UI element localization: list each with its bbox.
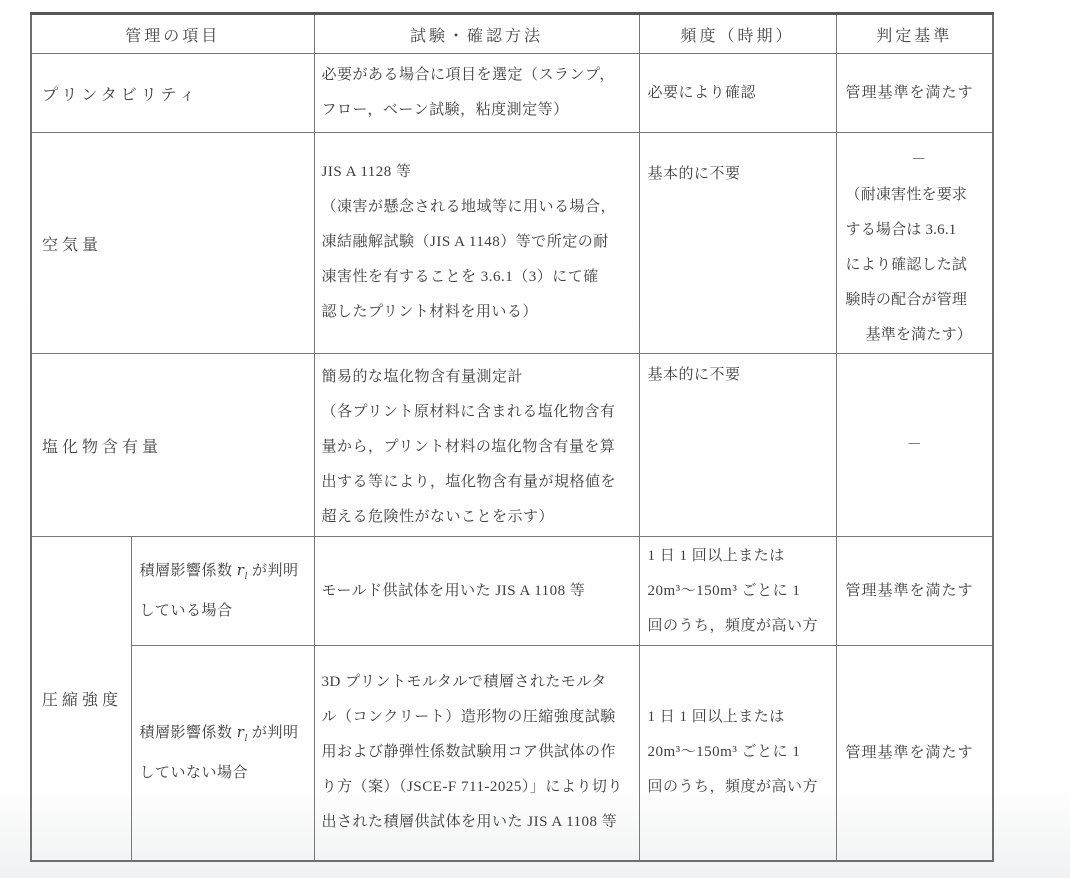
criteria-note: （耐凍害性を要求 xyxy=(846,178,993,213)
symbol-subscript: l xyxy=(244,571,247,582)
item-label: 空気量 xyxy=(31,133,314,354)
frequency-text: 基本的に不要 xyxy=(648,358,836,393)
table-row-compressive-known: 圧縮強度 積層影響係数 rl が判明 している場合 モールド供試体を用いた JI… xyxy=(31,537,993,646)
case-text: していない場合 xyxy=(140,756,314,791)
case-text: している場合 xyxy=(140,594,314,629)
frequency-cell: 1 日 1 回以上または 20m³～150m³ ごとに 1 回のうち，頻度が高い… xyxy=(639,646,836,861)
method-cell: モールド供試体を用いた JIS A 1108 等 xyxy=(314,537,639,646)
dash-placeholder: － xyxy=(846,143,993,178)
case-cell: 積層影響係数 rl が判明 している場合 xyxy=(131,537,314,646)
header-criteria: 判定基準 xyxy=(836,14,993,54)
method-text: 凍害性を有することを 3.6.1（3）にて確 xyxy=(322,260,637,295)
frequency-text: 基本的に不要 xyxy=(648,157,836,192)
table-row-chloride: 塩化物含有量 簡易的な塩化物含有量測定計 （各プリント原材料に含まれる塩化物含有… xyxy=(31,354,993,537)
case-text: 積層影響係数 rl が判明 xyxy=(140,553,314,594)
method-cell: 簡易的な塩化物含有量測定計 （各プリント原材料に含まれる塩化物含有 量から，プリ… xyxy=(314,354,639,537)
method-text: 超える危険性がないことを示す） xyxy=(322,500,637,535)
item-label: プリンタビリティ xyxy=(31,54,314,133)
table-row-printability: プリンタビリティ 必要がある場合に項目を選定（スランプ， フロー，ベーン試験，粘… xyxy=(31,54,993,133)
frequency-cell: 1 日 1 回以上または 20m³～150m³ ごとに 1 回のうち，頻度が高い… xyxy=(639,537,836,646)
method-text: り方（案）（JSCE-F 711-2025）」により切り xyxy=(322,770,637,805)
frequency-text: 1 日 1 回以上または xyxy=(648,539,836,574)
frequency-text: 回のうち，頻度が高い方 xyxy=(648,609,836,644)
criteria-cell: － （耐凍害性を要求 する場合は 3.6.1 により確認した試 験時の配合が管理… xyxy=(836,133,993,354)
criteria-cell: 管理基準を満たす xyxy=(836,537,993,646)
method-text: 用および静弾性係数試験用コア供試体の作 xyxy=(322,735,637,770)
table-row-air-content: 空気量 JIS A 1128 等 （凍害が懸念される地域等に用いる場合， 凍結融… xyxy=(31,133,993,354)
case-cell: 積層影響係数 rl が判明 していない場合 xyxy=(131,646,314,861)
header-frequency: 頻度（時期） xyxy=(639,14,836,54)
frequency-cell: 基本的に不要 xyxy=(639,133,836,354)
method-text: 認したプリント材料を用いる） xyxy=(322,295,637,330)
method-text: ル（コンクリート）造形物の圧縮強度試験 xyxy=(322,700,637,735)
criteria-cell: － xyxy=(836,354,993,537)
header-method: 試験・確認方法 xyxy=(314,14,639,54)
method-cell: 必要がある場合に項目を選定（スランプ， フロー，ベーン試験，粘度測定等） xyxy=(314,54,639,133)
criteria-note: する場合は 3.6.1 xyxy=(846,213,993,248)
criteria-note: 験時の配合が管理 xyxy=(846,283,993,318)
method-cell: JIS A 1128 等 （凍害が懸念される地域等に用いる場合， 凍結融解試験（… xyxy=(314,133,639,354)
criteria-note: 基準を満たす） xyxy=(846,318,993,353)
method-text: 3D プリントモルタルで積層されたモルタ xyxy=(322,665,637,700)
criteria-cell: 管理基準を満たす xyxy=(836,54,993,133)
item-label: 塩化物含有量 xyxy=(31,354,314,537)
item-label: 圧縮強度 xyxy=(31,537,131,861)
frequency-cell: 基本的に不要 xyxy=(639,354,836,537)
method-text: 簡易的な塩化物含有量測定計 xyxy=(322,360,637,395)
header-row: 管理の項目 試験・確認方法 頻度（時期） 判定基準 xyxy=(31,14,993,54)
method-text: 出された積層供試体を用いた JIS A 1108 等 xyxy=(322,805,637,840)
criteria-note: により確認した試 xyxy=(846,248,993,283)
case-text: 積層影響係数 rl が判明 xyxy=(140,715,314,756)
method-text: フロー，ベーン試験，粘度測定等） xyxy=(322,93,637,128)
method-text: （各プリント原材料に含まれる塩化物含有 xyxy=(322,395,637,430)
frequency-text: 20m³～150m³ ごとに 1 xyxy=(648,574,836,609)
frequency-cell: 必要により確認 xyxy=(639,54,836,133)
frequency-text: 回のうち，頻度が高い方 xyxy=(648,770,836,805)
method-text: 出する等により，塩化物含有量が規格値を xyxy=(322,465,637,500)
dash-placeholder: － xyxy=(837,428,993,463)
method-text: JIS A 1128 等 xyxy=(322,155,637,190)
frequency-text: 1 日 1 回以上または xyxy=(648,700,836,735)
method-text: （凍害が懸念される地域等に用いる場合， xyxy=(322,190,637,225)
table-row-compressive-unknown: 積層影響係数 rl が判明 していない場合 3D プリントモルタルで積層されたモ… xyxy=(31,646,993,861)
method-text: モールド供試体を用いた JIS A 1108 等 xyxy=(322,574,637,609)
frequency-text: 20m³～150m³ ごとに 1 xyxy=(648,735,836,770)
method-text: 凍結融解試験（JIS A 1148）等で所定の耐 xyxy=(322,225,637,260)
criteria-cell: 管理基準を満たす xyxy=(836,646,993,861)
header-item: 管理の項目 xyxy=(31,14,314,54)
symbol-subscript: l xyxy=(244,733,247,744)
method-cell: 3D プリントモルタルで積層されたモルタ ル（コンクリート）造形物の圧縮強度試験… xyxy=(314,646,639,861)
method-text: 量から，プリント材料の塩化物含有量を算 xyxy=(322,430,637,465)
quality-control-table: 管理の項目 試験・確認方法 頻度（時期） 判定基準 プリンタビリティ 必要がある… xyxy=(30,12,994,862)
method-text: 必要がある場合に項目を選定（スランプ， xyxy=(322,58,637,93)
